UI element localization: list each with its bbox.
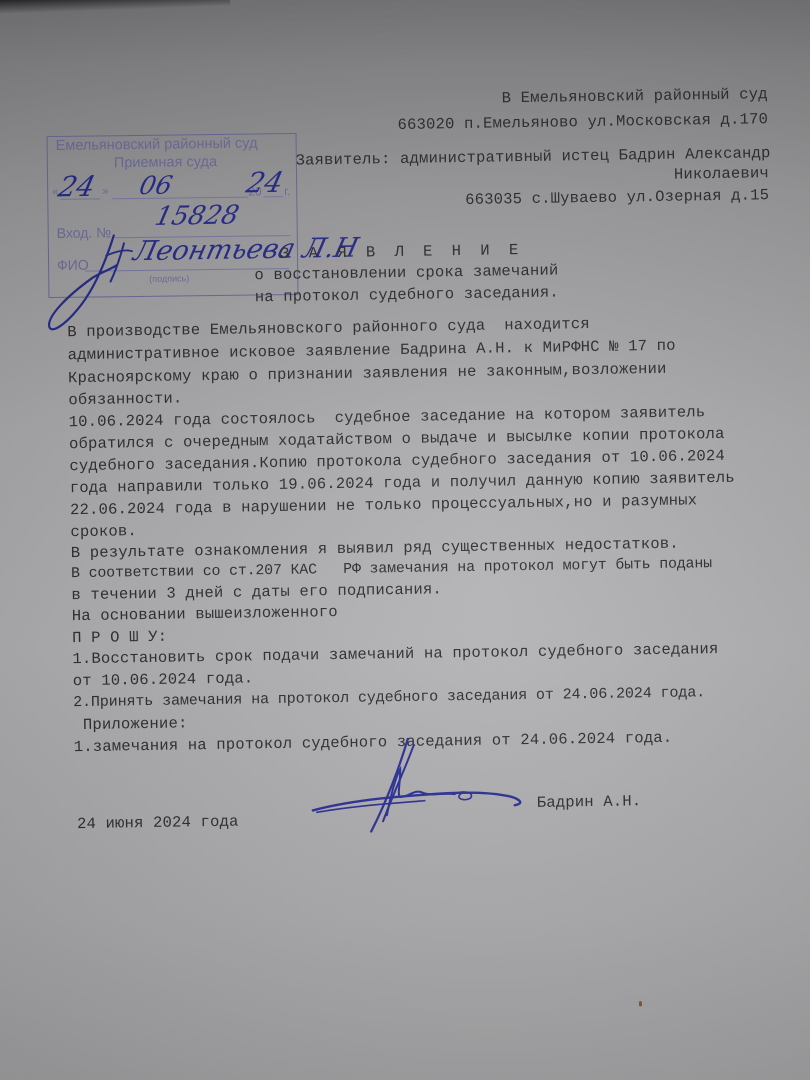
- handwritten-day: 24: [55, 170, 98, 204]
- footer-signer: Бадрин А.Н.: [537, 792, 642, 812]
- body-line: административное исковое заявление Бадри…: [68, 337, 676, 365]
- stamp-court-name: Емельяновский районный суд: [56, 135, 258, 153]
- applicant-line-2: Николаевич: [674, 164, 769, 183]
- stamp-month-line: [112, 197, 248, 200]
- request-item: от 10.06.2024 года.: [73, 669, 254, 690]
- attachment-heading: Приложение:: [73, 714, 187, 734]
- handwritten-incoming-number: 15828: [152, 200, 242, 231]
- applicant-signature-icon: [304, 733, 536, 837]
- addressee-line-1: В Емельяновский районный суд: [502, 85, 768, 107]
- body-line: обязанности.: [68, 389, 182, 409]
- applicant-address: 663035 с.Шуваево ул.Озерная д.15: [465, 186, 769, 209]
- addressee-line-2: 663020 п.Емельяново ул.Московская д.170: [397, 110, 768, 134]
- document-subtitle-2: на протокол судебного заседания.: [255, 283, 559, 306]
- handwritten-year: 24: [243, 166, 286, 200]
- document-title: З А Я В Л Е Н И Е: [280, 241, 523, 263]
- stamp-year-suffix: г.: [284, 184, 290, 198]
- body-line: сроков.: [70, 522, 137, 541]
- stamp-quote-close: »: [102, 185, 108, 197]
- footer-date: 24 июня 2024 года: [77, 813, 239, 834]
- body-line: в течении 3 дней с даты его подписания.: [71, 580, 442, 604]
- body-line: На основании вышеизложенного: [72, 603, 338, 625]
- stamp-office: Приемная суда: [114, 154, 217, 171]
- document-page: В Емельяновский районный суд 663020 п.Ем…: [0, 0, 810, 1080]
- document-subtitle-1: о восстановлении срока замечаний: [254, 261, 558, 284]
- stamp-signature-caption: (подпись): [149, 273, 189, 283]
- handwritten-month: 06: [137, 170, 176, 200]
- paper-speck: [639, 1001, 642, 1006]
- request-heading: П Р О Ш У:: [72, 628, 167, 647]
- request-item: 1.Восстановить срок подачи замечаний на …: [72, 640, 718, 668]
- body-line: Красноярскому краю о признании заявления…: [68, 360, 667, 387]
